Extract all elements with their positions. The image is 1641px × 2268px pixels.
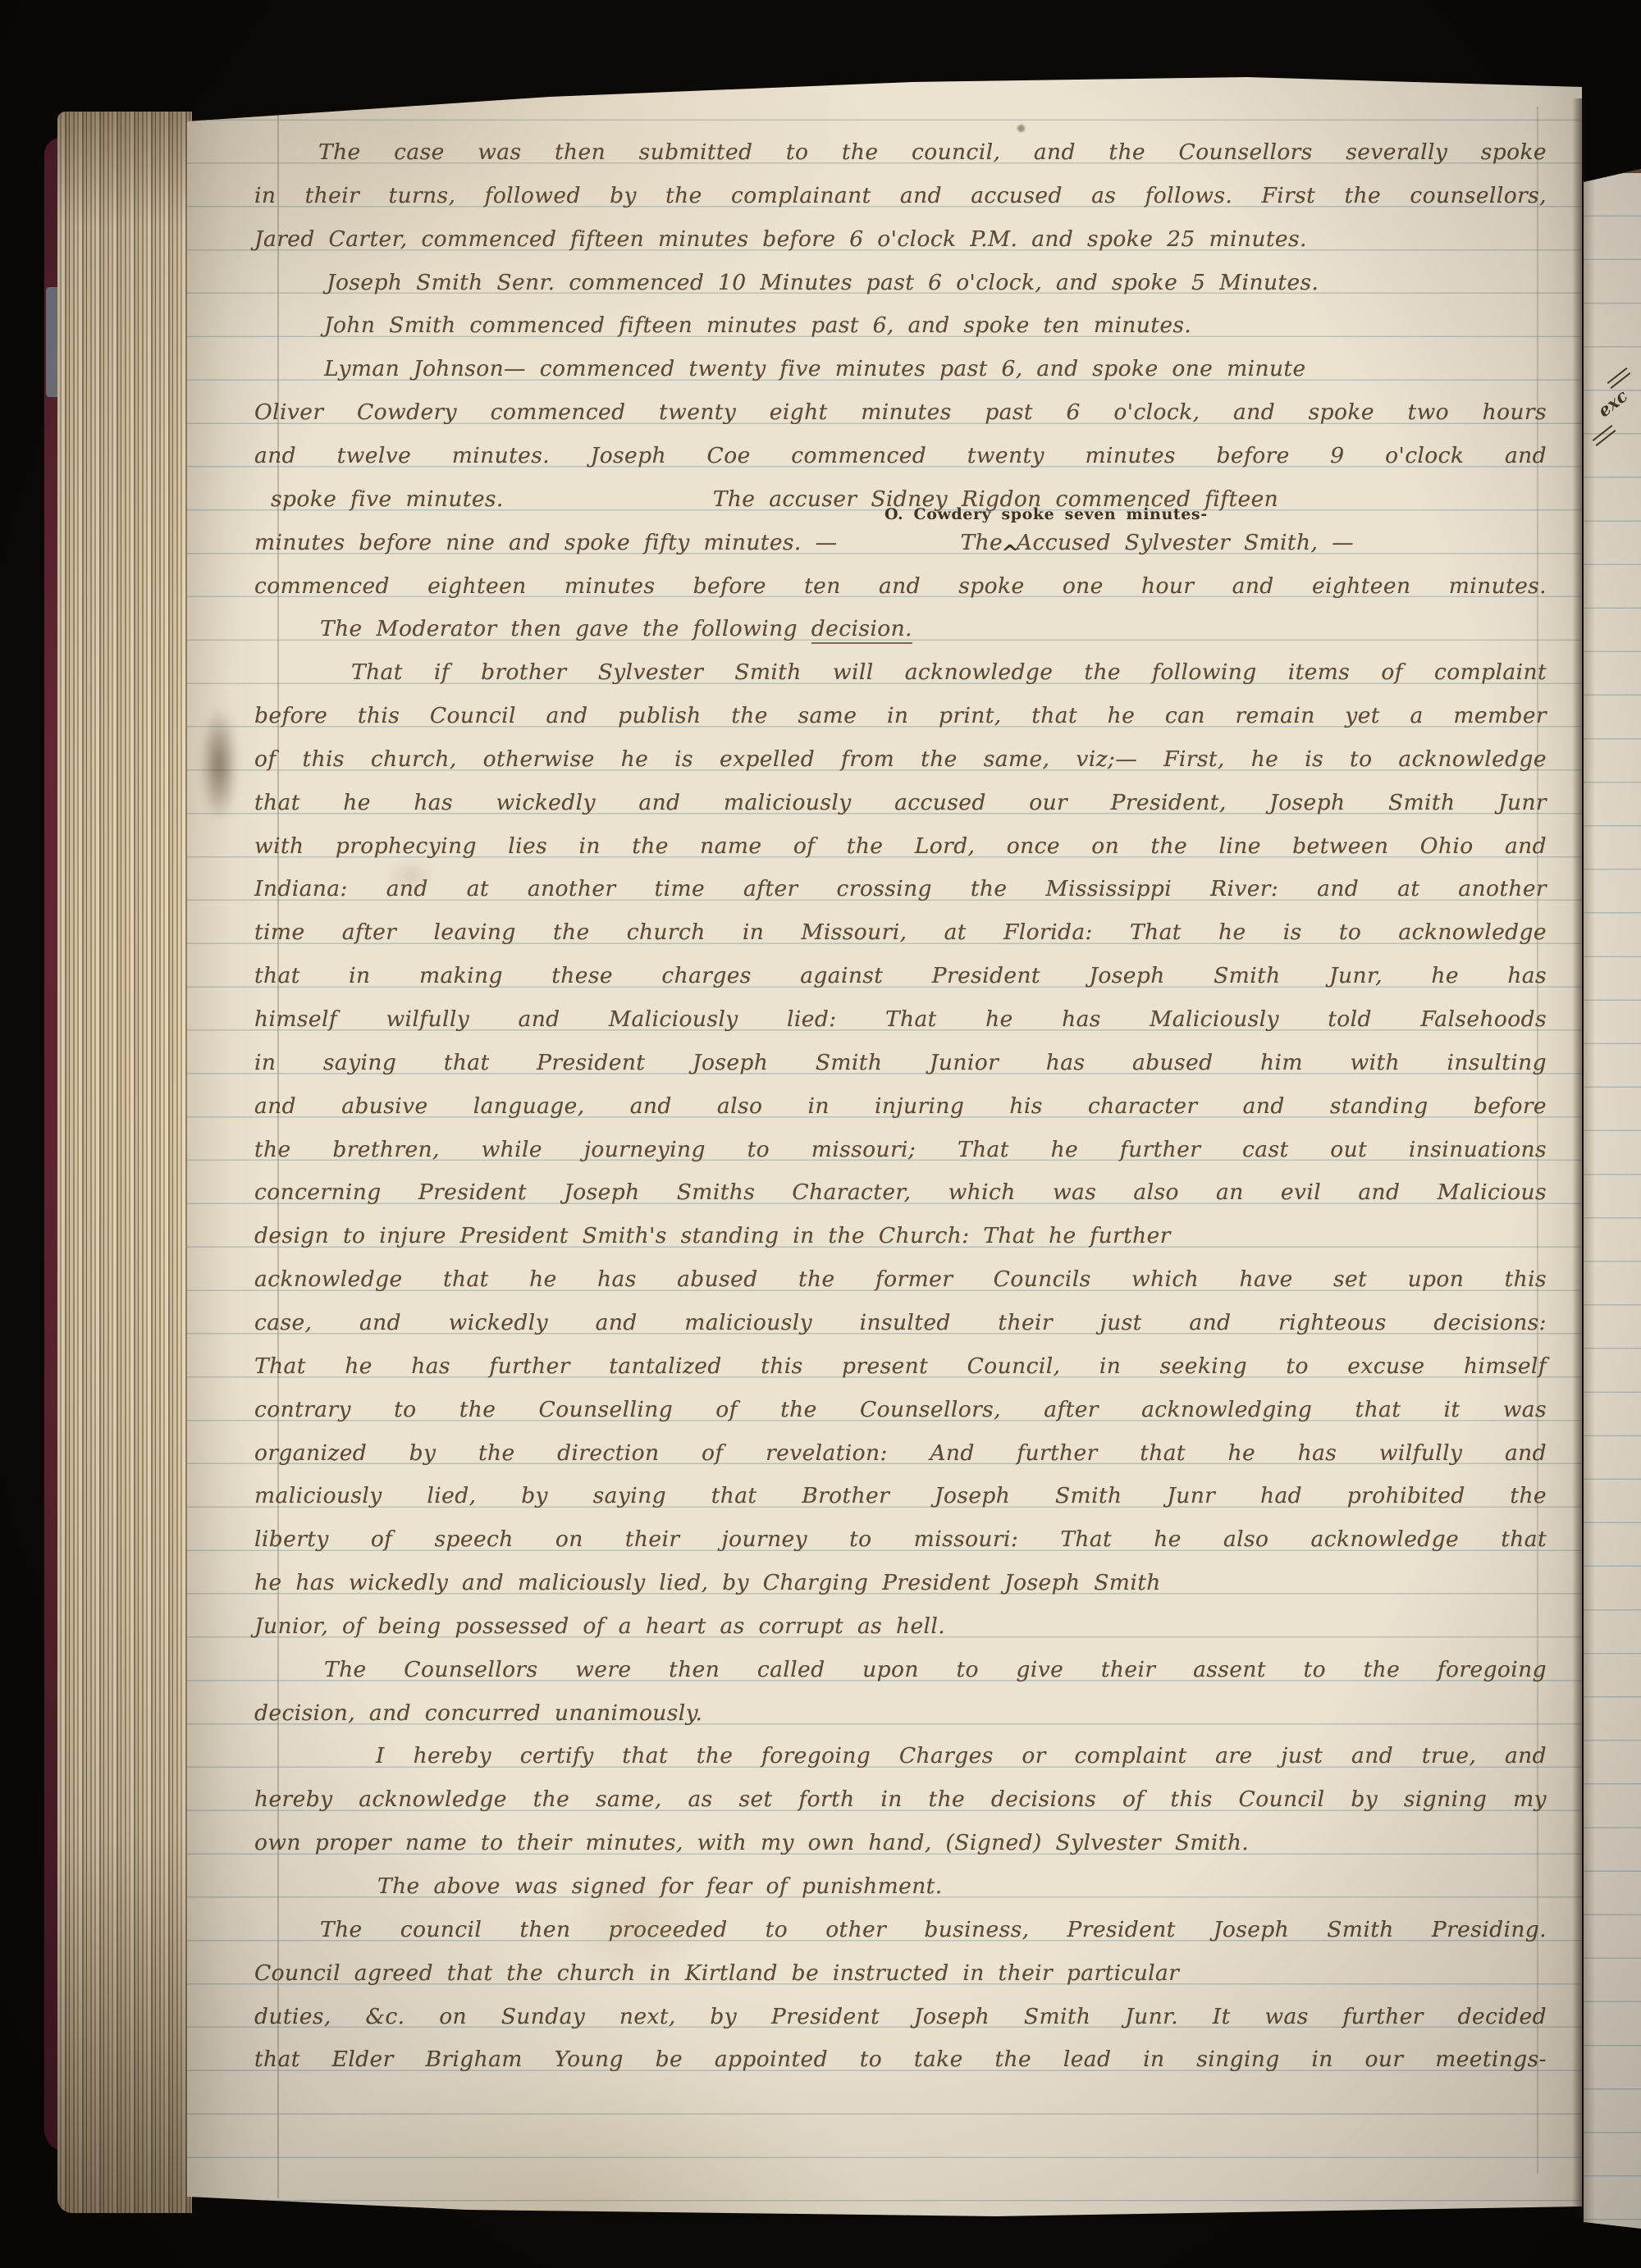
manuscript-line-34: he has wickedly and maliciously lied, by… xyxy=(254,1565,1547,1609)
line-text: before this Council and publish the same… xyxy=(254,703,1547,728)
manuscript-line-12: The Moderator then gave the following de… xyxy=(254,611,1547,655)
line-text: duties, &c. on Sunday next, by President… xyxy=(254,2004,1547,2029)
line-text: Jared Carter, commenced fifteen minutes … xyxy=(254,226,1307,252)
manuscript-line-28: case, and wickedly and maliciously insul… xyxy=(254,1305,1547,1348)
line-text: with prophecying lies in the name of the… xyxy=(254,833,1547,859)
manuscript-line-24: the brethren, while journeying to missou… xyxy=(254,1132,1547,1175)
line-text: maliciously lied, by saying that Brother… xyxy=(254,1483,1547,1508)
manuscript-line-7: Oliver Cowdery commenced twenty eight mi… xyxy=(254,395,1547,438)
line-text: own proper name to their minutes, with m… xyxy=(254,1830,1249,1855)
manuscript-line-17: with prophecying lies in the name of the… xyxy=(254,828,1547,872)
line-text: decision. xyxy=(811,616,912,644)
manuscript-line-18: Indiana: and at another time after cross… xyxy=(254,871,1547,915)
manuscript-line-15: of this church, otherwise he is expelled… xyxy=(254,742,1547,785)
manuscript-line-2: in their turns, followed by the complain… xyxy=(254,178,1547,221)
manuscript-line-19: time after leaving the church in Missour… xyxy=(254,915,1547,958)
line-text: Indiana: and at another time after cross… xyxy=(254,876,1547,901)
manuscript-line-45: that Elder Brigham Young be appointed to… xyxy=(254,2042,1547,2085)
manuscript-line-14: before this Council and publish the same… xyxy=(254,698,1547,742)
line-text: that he has wickedly and maliciously acc… xyxy=(254,790,1547,815)
manuscript-line-35: Junior, of being possessed of a heart as… xyxy=(254,1609,1547,1652)
line-text: hereby acknowledge the same, as set fort… xyxy=(254,1787,1547,1812)
manuscript-line-6: Lyman Johnson— commenced twenty five min… xyxy=(254,351,1547,395)
line-text: organized by the direction of revelation… xyxy=(254,1440,1547,1466)
manuscript-line-21: himself wilfully and Maliciously lied: T… xyxy=(254,1002,1547,1045)
line-text: and twelve minutes. Joseph Coe commenced… xyxy=(254,443,1547,468)
manuscript-line-27: acknowledge that he has abused the forme… xyxy=(254,1262,1547,1305)
line-text: commenced eighteen minutes before ten an… xyxy=(254,573,1547,599)
line-text: Oliver Cowdery commenced twenty eight mi… xyxy=(254,399,1547,425)
line-text: Joseph Smith Senr. commenced 10 Minutes … xyxy=(327,270,1319,295)
manuscript-line-31: organized by the direction of revelation… xyxy=(254,1435,1547,1479)
manuscript-line-29: That he has further tantalized this pres… xyxy=(254,1348,1547,1392)
manuscript-line-13: That if brother Sylvester Smith will ack… xyxy=(254,655,1547,698)
manuscript-text: The case was then submitted to the counc… xyxy=(254,77,1547,2220)
line-text: spoke five minutes. xyxy=(271,486,504,512)
manuscript-line-37: decision, and concurred unanimously. xyxy=(254,1695,1547,1739)
page-number: 364 xyxy=(277,79,342,115)
insertion-caret: ^ xyxy=(1001,541,1019,566)
manuscript-line-22: in saying that President Joseph Smith Ju… xyxy=(254,1045,1547,1088)
line-text: The Counsellors were then called upon to… xyxy=(324,1657,1547,1682)
manuscript-line-16: that he has wickedly and maliciously acc… xyxy=(254,785,1547,828)
line-text: in their turns, followed by the complain… xyxy=(254,183,1547,208)
line-text: minutes before nine and spoke fifty minu… xyxy=(254,530,837,555)
line-text: design to injure President Smith's stand… xyxy=(254,1223,1171,1248)
line-text: The above was signed for fear of punishm… xyxy=(377,1873,943,1899)
line-text: John Smith commenced fifteen minutes pas… xyxy=(324,313,1191,338)
line-text: in saying that President Joseph Smith Ju… xyxy=(254,1050,1547,1075)
line-text: time after leaving the church in Missour… xyxy=(254,920,1547,945)
interline-note: O. Cowdery spoke seven minutes- xyxy=(884,505,1208,523)
line-text: The council then proceeded to other busi… xyxy=(320,1917,1547,1942)
manuscript-line-23: and abusive language, and also in injuri… xyxy=(254,1088,1547,1132)
line-text: himself wilfully and Maliciously lied: T… xyxy=(254,1006,1547,1032)
line-text: and abusive language, and also in injuri… xyxy=(254,1093,1547,1119)
manuscript-line-33: liberty of speech on their journey to mi… xyxy=(254,1522,1547,1565)
manuscript-line-41: The above was signed for fear of punishm… xyxy=(254,1869,1547,1912)
line-text: he has wickedly and maliciously lied, by… xyxy=(254,1570,1161,1595)
line-text: acknowledge that he has abused the forme… xyxy=(254,1266,1547,1292)
line-text: That he has further tantalized this pres… xyxy=(254,1353,1547,1379)
line-text: I hereby certify that the foregoing Char… xyxy=(376,1743,1547,1768)
book-photo: 364 The case was then submitted to the c… xyxy=(0,0,1641,2268)
manuscript-line-38: I hereby certify that the foregoing Char… xyxy=(254,1738,1547,1782)
line-text: that Elder Brigham Young be appointed to… xyxy=(254,2047,1547,2072)
line-text: decision, and concurred unanimously. xyxy=(254,1700,702,1726)
line-text: That if brother Sylvester Smith will ack… xyxy=(351,659,1547,685)
line-text: the brethren, while journeying to missou… xyxy=(254,1137,1547,1162)
line-text: The Moderator then gave the following xyxy=(320,616,811,641)
line-text: that in making these charges against Pre… xyxy=(254,963,1547,988)
manuscript-line-42: The council then proceeded to other busi… xyxy=(254,1912,1547,1955)
manuscript-line-26: design to injure President Smith's stand… xyxy=(254,1218,1547,1262)
manuscript-line-11: commenced eighteen minutes before ten an… xyxy=(254,568,1547,612)
line-text: case, and wickedly and maliciously insul… xyxy=(254,1310,1547,1335)
line-text: concerning President Joseph Smiths Chara… xyxy=(254,1180,1547,1205)
line-text: of this church, otherwise he is expelled… xyxy=(254,746,1547,772)
manuscript-line-5: John Smith commenced fifteen minutes pas… xyxy=(254,308,1547,351)
margin-strike-mark xyxy=(1596,430,1616,446)
manuscript-line-40: own proper name to their minutes, with m… xyxy=(254,1825,1547,1869)
manuscript-line-3: Jared Carter, commenced fifteen minutes … xyxy=(254,221,1547,265)
manuscript-line-36: The Counsellors were then called upon to… xyxy=(254,1652,1547,1695)
manuscript-line-8: and twelve minutes. Joseph Coe commenced… xyxy=(254,438,1547,481)
manuscript-line-43: Council agreed that the church in Kirtla… xyxy=(254,1955,1547,1999)
line-text: Lyman Johnson— commenced twenty five min… xyxy=(324,356,1306,381)
next-page-margin-note: exc xyxy=(1593,386,1631,422)
manuscript-page: 364 The case was then submitted to the c… xyxy=(187,77,1582,2220)
manuscript-line-4: Joseph Smith Senr. commenced 10 Minutes … xyxy=(254,265,1547,308)
manuscript-line-25: concerning President Joseph Smiths Chara… xyxy=(254,1175,1547,1218)
manuscript-line-32: maliciously lied, by saying that Brother… xyxy=(254,1478,1547,1522)
line-text: Council agreed that the church in Kirtla… xyxy=(254,1960,1179,1986)
manuscript-line-44: duties, &c. on Sunday next, by President… xyxy=(254,1999,1547,2042)
line-text: contrary to the Counselling of the Couns… xyxy=(254,1397,1547,1422)
line-text: Junior, of being possessed of a heart as… xyxy=(254,1613,945,1639)
line-text: liberty of speech on their journey to mi… xyxy=(254,1526,1547,1552)
next-page-sliver: exc xyxy=(1584,169,1641,2229)
manuscript-line-39: hereby acknowledge the same, as set fort… xyxy=(254,1782,1547,1825)
manuscript-line-20: that in making these charges against Pre… xyxy=(254,958,1547,1002)
manuscript-line-1: The case was then submitted to the counc… xyxy=(254,135,1547,178)
manuscript-line-10: minutes before nine and spoke fifty minu… xyxy=(254,525,1547,568)
manuscript-line-30: contrary to the Counselling of the Couns… xyxy=(254,1392,1547,1435)
line-text: The case was then submitted to the counc… xyxy=(318,139,1547,165)
page-stack-fore-edge xyxy=(57,112,192,2213)
line-text: The Accused Sylvester Smith, — xyxy=(960,530,1354,555)
